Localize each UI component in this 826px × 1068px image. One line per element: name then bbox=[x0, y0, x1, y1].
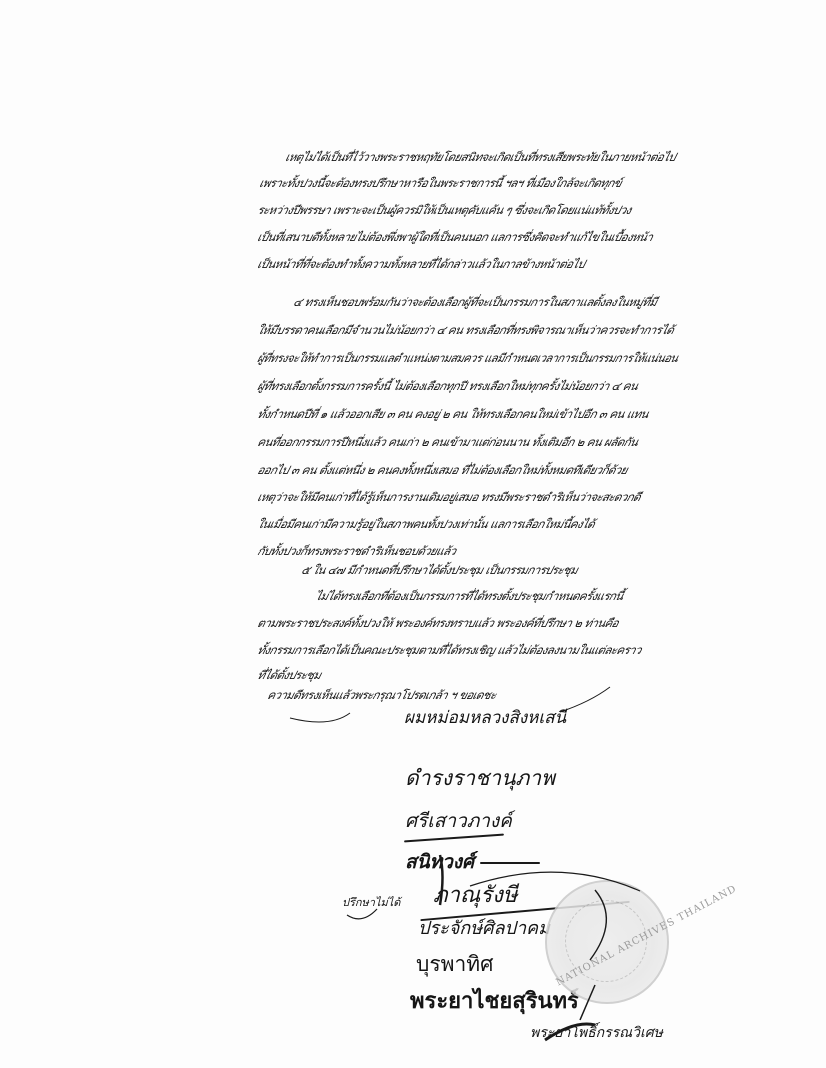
signature-2-underline bbox=[404, 834, 504, 843]
paragraph-1-line-1: เหตุไม่ได้เป็นที่ไว้วางพระราชหฤทัยโดยสนิ… bbox=[284, 152, 676, 164]
paragraph-2-line-8: เหตุว่าจะให้มีคนเก่าที่ได้รู้เห็นการงานเ… bbox=[256, 492, 641, 504]
signature-6: บุรพาทิศ bbox=[416, 954, 493, 975]
paragraph-3-line-3: ตามพระราชประสงค์ทั้งปวงให้ พระองค์ทรงทรา… bbox=[256, 618, 619, 630]
national-archives-stamp: NATIONAL ARCHIVES THAILAND bbox=[545, 880, 669, 1004]
closing-line: ความดีทรงเห็นแล้วพระกรุณาโปรดเกล้า ฯ ขอเ… bbox=[266, 690, 497, 702]
paragraph-3-line-2: ไม่ได้ทรงเลือกที่ต้องเป็นกรรมการที่ได้ทร… bbox=[314, 591, 624, 603]
paragraph-2-line-7: ออกไป ๓ คน ตั้งแต่หนึ่ง ๒ คนคงทั้งหนึ่งเ… bbox=[256, 465, 628, 477]
paragraph-3-line-4: ทั้งกรรมการเลือกได้เป็นคณะประชุมตามที่ได… bbox=[256, 645, 642, 657]
margin-note: ปรึกษาไม่ได้ bbox=[342, 897, 400, 908]
paragraph-2-line-5: ทั้งกำหนดปีที่ ๑ แล้วออกเสีย ๓ คน คงอยู่… bbox=[256, 409, 649, 421]
paragraph-2-line-10: กับทั้งปวงก็ทรงพระราชดำริเห็นชอบด้วยแล้ว bbox=[256, 546, 457, 558]
paragraph-2-line-1: ๔ ทรงเห็นชอบพร้อมกันว่าจะต้องเลือกผู้ที่… bbox=[292, 297, 658, 309]
document-page: เหตุไม่ได้เป็นที่ไว้วางพระราชหฤทัยโดยสนิ… bbox=[0, 0, 826, 1068]
signature-2: ศรีเสาวภางค์ bbox=[405, 812, 512, 831]
paragraph-1-line-4: เป็นที่เสนาบดีทั้งหลายไม่ต้องพึ่งพาผู้ใด… bbox=[256, 232, 654, 244]
signature-8: พระยาโพธิ์กรรณวิเศษ bbox=[530, 1026, 663, 1040]
signature-5: ประจักษ์ศิลปาคม bbox=[418, 920, 550, 938]
paragraph-2-line-9: ในเมื่อมีคนเก่ามีความรู้อยู่ในสภาพคนทั้ง… bbox=[256, 519, 596, 531]
signature-3: สนิทวงศ์ bbox=[405, 853, 474, 872]
paragraph-1-line-3: ระหว่างปีพรรษา เพราะจะเป็นผู้ควรมิให้เป็… bbox=[256, 205, 632, 217]
paragraph-2-line-3: ผู้ที่ทรงจะให้ทำการเป็นกรรมแลตำแหน่งตามส… bbox=[256, 353, 679, 365]
closing-signature-name: ผมหม่อมหลวงสิงหเสนี bbox=[404, 710, 566, 727]
paragraph-1-line-5: เป็นหน้าที่ที่จะต้องทำทั้งความทั้งหลายที… bbox=[256, 259, 586, 271]
paragraph-1-line-2: เพราะทั้งปวงนี้จะต้องทรงปรึกษาหารือในพระ… bbox=[258, 178, 622, 190]
signature-4: ภาณุรังษี bbox=[433, 885, 517, 907]
signature-7: พระยาไชยสุรินทร์ bbox=[410, 990, 579, 1012]
paragraph-3-line-1: ๕ ใน ๔๗ มีกำหนดที่ปรึกษาได้ตั้งประชุม เป… bbox=[300, 565, 579, 577]
signature-1: ดำรงราชานุภาพ bbox=[405, 768, 555, 789]
paragraph-2-line-6: คนที่ออกกรรมการปีหนึ่งแล้ว คนเก่า ๒ คนเข… bbox=[256, 437, 639, 449]
paragraph-2-line-4: ผู้ที่ทรงเลือกตั้งกรรมการครั้งนี้ ไม่ต้อ… bbox=[256, 381, 639, 393]
paragraph-2-line-2: ให้มีบรรดาคนเลือกมีจำนวนไม่น้อยกว่า ๔ คน… bbox=[256, 325, 675, 337]
signature-3-flourish bbox=[480, 862, 540, 864]
paragraph-3-line-5: ที่ได้ตั้งประชุม bbox=[256, 670, 322, 682]
